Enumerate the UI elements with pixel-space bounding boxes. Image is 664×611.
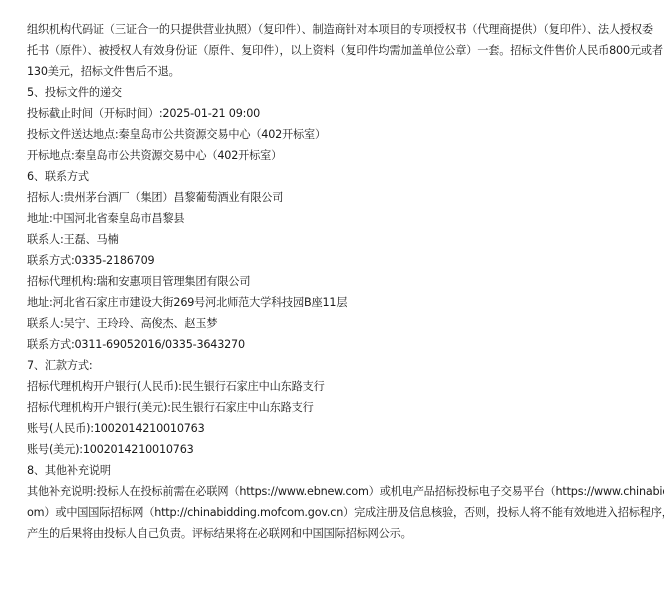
section-6-heading: 6、联系方式 — [27, 166, 647, 187]
section-7-heading: 7、汇款方式: — [27, 355, 647, 376]
bid-delivery-location: 投标文件送达地点:秦皇岛市公共资源交易中心（402开标室） — [27, 124, 647, 145]
bid-deadline: 投标截止时间（开标时间）:2025-01-21 09:00 — [27, 103, 647, 124]
tenderer-name: 招标人:贵州茅台酒厂（集团）昌黎葡萄酒业有限公司 — [27, 187, 647, 208]
intro-paragraph: 组织机构代码证（三证合一的只提供营业执照）（复印件）、制造商针对本项目的专项授权… — [27, 19, 647, 82]
account-usd: 账号(美元):1002014210010763 — [27, 439, 647, 460]
intro-line: 130美元，招标文件售后不退。 — [27, 61, 647, 82]
document-body: 组织机构代码证（三证合一的只提供营业执照）（复印件）、制造商针对本项目的专项授权… — [27, 19, 647, 544]
agency-phone: 联系方式:0311-69052016/0335-3643270 — [27, 334, 647, 355]
notes-line: 其他补充说明:投标人在投标前需在必联网（https://www.ebnew.co… — [27, 481, 647, 502]
bank-usd: 招标代理机构开户银行(美元):民生银行石家庄中山东路支行 — [27, 397, 647, 418]
tenderer-contacts: 联系人:王磊、马楠 — [27, 229, 647, 250]
bank-rmb: 招标代理机构开户银行(人民币):民生银行石家庄中山东路支行 — [27, 376, 647, 397]
section-5-heading: 5、投标文件的递交 — [27, 82, 647, 103]
agency-address: 地址:河北省石家庄市建设大街269号河北师范大学科技园B座11层 — [27, 292, 647, 313]
intro-line: 托书（原件）、被授权人有效身份证（原件、复印件），以上资料（复印件均需加盖单位公… — [27, 40, 647, 61]
agency-name: 招标代理机构:瑞和安惠项目管理集团有限公司 — [27, 271, 647, 292]
supplementary-notes: 其他补充说明:投标人在投标前需在必联网（https://www.ebnew.co… — [27, 481, 647, 544]
tenderer-phone: 联系方式:0335-2186709 — [27, 250, 647, 271]
section-8-heading: 8、其他补充说明 — [27, 460, 647, 481]
bid-opening-location: 开标地点:秦皇岛市公共资源交易中心（402开标室） — [27, 145, 647, 166]
agency-contacts: 联系人:吴宁、王玲玲、高俊杰、赵玉梦 — [27, 313, 647, 334]
account-rmb: 账号(人民币):1002014210010763 — [27, 418, 647, 439]
tenderer-address: 地址:中国河北省秦皇岛市昌黎县 — [27, 208, 647, 229]
notes-line: 产生的后果将由投标人自己负责。评标结果将在必联网和中国国际招标网公示。 — [27, 523, 647, 544]
intro-line: 组织机构代码证（三证合一的只提供营业执照）（复印件）、制造商针对本项目的专项授权… — [27, 19, 647, 40]
notes-line: om）或中国国际招标网（http://chinabidding.mofcom.g… — [27, 502, 647, 523]
